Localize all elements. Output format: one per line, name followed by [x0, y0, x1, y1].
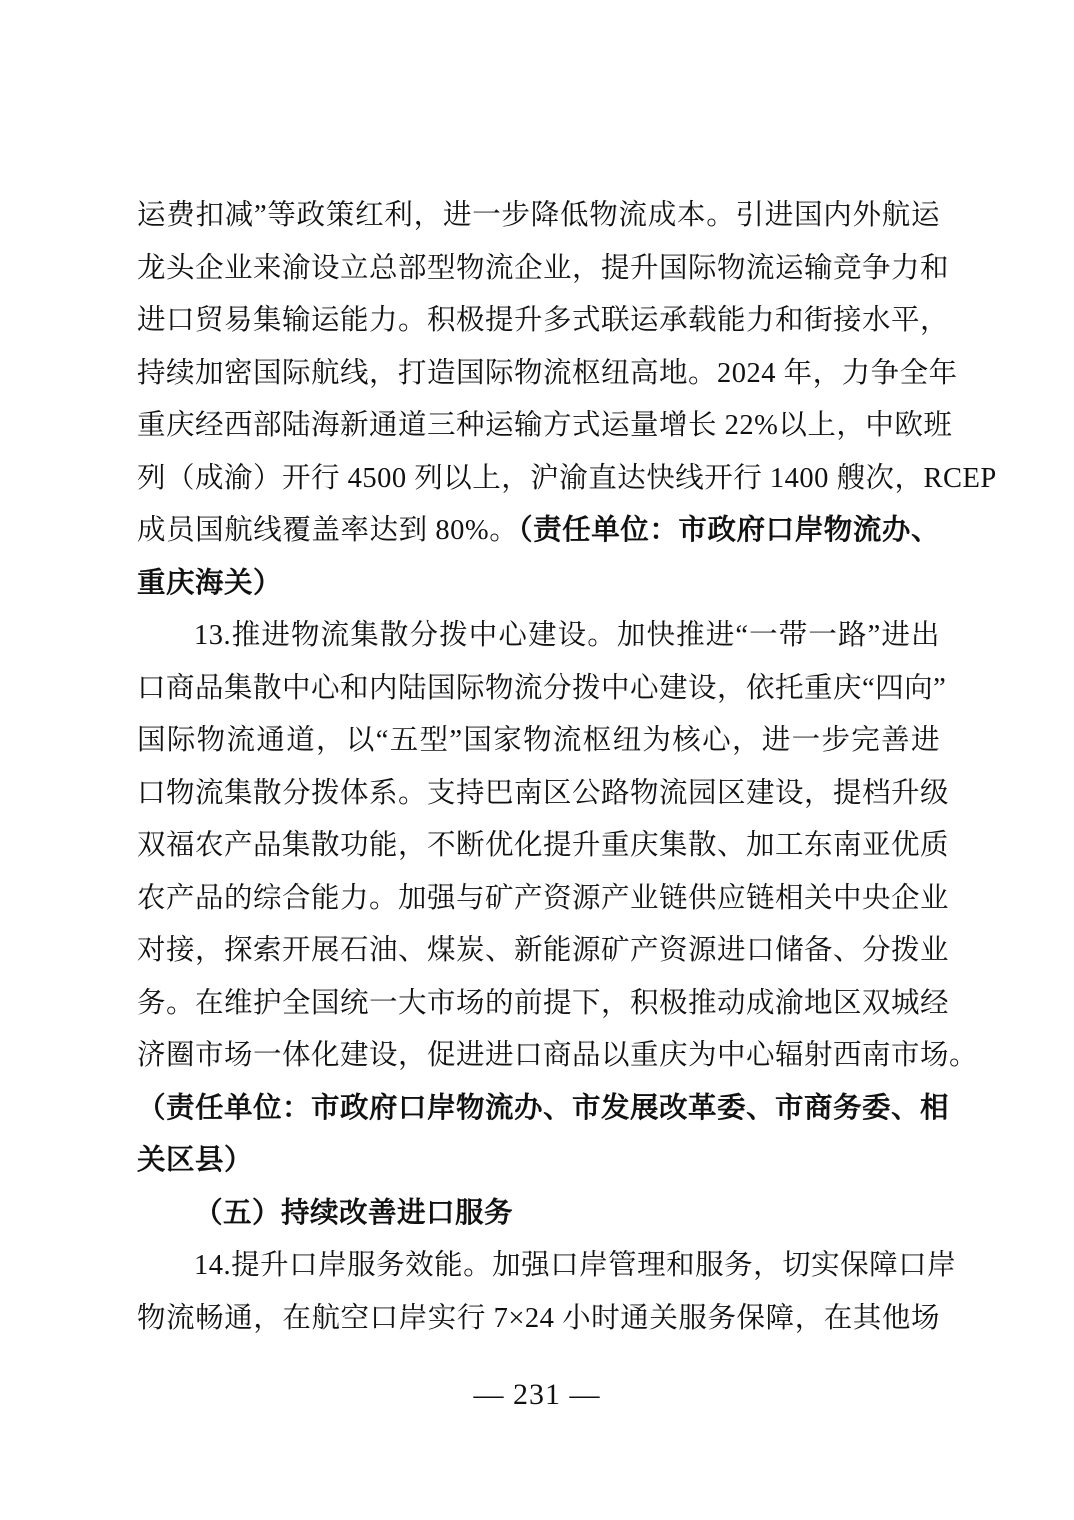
text-line: 龙头企业来渝设立总部型物流企业，提升国际物流运输竞争力和: [137, 243, 940, 296]
body-text: 13.推进物流集散分拨中心建设。加快推进“一带一路”进出: [194, 620, 940, 651]
text-line: 济圈市场一体化建设，促进进口商品以重庆为中心辐射西南市场。: [137, 1030, 940, 1083]
emphasis-text: （五）持续改善进口服务: [194, 1198, 513, 1229]
document-body: 运费扣减”等政策红利，进一步降低物流成本。引进国内外航运龙头企业来渝设立总部型物…: [137, 190, 940, 1345]
body-text: 口商品集散中心和内陆国际物流分拨中心建设，依托重庆“四向”: [137, 673, 946, 704]
text-line: 持续加密国际航线，打造国际物流枢纽高地。2024 年，力争全年: [137, 348, 940, 401]
text-line: 口商品集散中心和内陆国际物流分拨中心建设，依托重庆“四向”: [137, 663, 940, 716]
body-text: 口物流集散分拨体系。支持巴南区公路物流园区建设，提档升级: [137, 778, 949, 809]
emphasis-text: （责任单位：市政府口岸物流办、: [518, 515, 940, 546]
emphasis-text: 重庆海关）: [137, 568, 282, 599]
body-text: 列（成渝）开行 4500 列以上，沪渝直达快线开行 1400 艘次，RCEP: [137, 463, 997, 494]
text-line: 国际物流通道，以“五型”国家物流枢纽为核心，进一步完善进: [137, 715, 940, 768]
body-text: 国际物流通道，以“五型”国家物流枢纽为核心，进一步完善进: [137, 725, 940, 756]
text-line: （责任单位：市政府口岸物流办、市发展改革委、市商务委、相: [137, 1083, 940, 1136]
text-line: 列（成渝）开行 4500 列以上，沪渝直达快线开行 1400 艘次，RCEP: [137, 453, 940, 506]
text-line: 关区县）: [137, 1135, 940, 1188]
body-text: 双福农产品集散功能，不断优化提升重庆集散、加工东南亚优质: [137, 830, 949, 861]
body-text: 持续加密国际航线，打造国际物流枢纽高地。2024 年，力争全年: [137, 358, 958, 389]
text-line: 13.推进物流集散分拨中心建设。加快推进“一带一路”进出: [137, 610, 940, 663]
document-page: 运费扣减”等政策红利，进一步降低物流成本。引进国内外航运龙头企业来渝设立总部型物…: [0, 0, 1074, 1520]
body-text: 成员国航线覆盖率达到 80%。: [137, 515, 518, 546]
text-line: 务。在维护全国统一大市场的前提下，积极推动成渝地区双城经: [137, 978, 940, 1031]
text-line: 重庆经西部陆海新通道三种运输方式运量增长 22%以上，中欧班: [137, 400, 940, 453]
text-line: 进口贸易集输运能力。积极提升多式联运承载能力和街接水平，: [137, 295, 940, 348]
body-text: 物流畅通，在航空口岸实行 7×24 小时通关服务保障，在其他场: [137, 1303, 940, 1334]
text-line: 口物流集散分拨体系。支持巴南区公路物流园区建设，提档升级: [137, 768, 940, 821]
text-line: 农产品的综合能力。加强与矿产资源产业链供应链相关中央企业: [137, 873, 940, 926]
body-text: 济圈市场一体化建设，促进进口商品以重庆为中心辐射西南市场。: [137, 1040, 978, 1071]
text-line: （五）持续改善进口服务: [137, 1188, 940, 1241]
text-line: 成员国航线覆盖率达到 80%。（责任单位：市政府口岸物流办、: [137, 505, 940, 558]
page-number: — 231 —: [474, 1378, 601, 1411]
emphasis-text: 关区县）: [137, 1145, 253, 1176]
body-text: 龙头企业来渝设立总部型物流企业，提升国际物流运输竞争力和: [137, 253, 949, 284]
text-line: 运费扣减”等政策红利，进一步降低物流成本。引进国内外航运: [137, 190, 940, 243]
emphasis-text: （责任单位：市政府口岸物流办、市发展改革委、市商务委、相: [137, 1093, 949, 1124]
body-text: 运费扣减”等政策红利，进一步降低物流成本。引进国内外航运: [137, 200, 940, 231]
text-line: 物流畅通，在航空口岸实行 7×24 小时通关服务保障，在其他场: [137, 1293, 940, 1346]
text-line: 重庆海关）: [137, 558, 940, 611]
text-line: 对接，探索开展石油、煤炭、新能源矿产资源进口储备、分拨业: [137, 925, 940, 978]
page-footer: — 231 —: [0, 1378, 1074, 1412]
body-text: 进口贸易集输运能力。积极提升多式联运承载能力和街接水平，: [137, 305, 949, 336]
text-line: 14.提升口岸服务效能。加强口岸管理和服务，切实保障口岸: [137, 1240, 940, 1293]
body-text: 重庆经西部陆海新通道三种运输方式运量增长 22%以上，中欧班: [137, 410, 952, 441]
body-text: 14.提升口岸服务效能。加强口岸管理和服务，切实保障口岸: [194, 1250, 956, 1281]
body-text: 对接，探索开展石油、煤炭、新能源矿产资源进口储备、分拨业: [137, 935, 949, 966]
body-text: 农产品的综合能力。加强与矿产资源产业链供应链相关中央企业: [137, 883, 949, 914]
text-line: 双福农产品集散功能，不断优化提升重庆集散、加工东南亚优质: [137, 820, 940, 873]
body-text: 务。在维护全国统一大市场的前提下，积极推动成渝地区双城经: [137, 988, 949, 1019]
